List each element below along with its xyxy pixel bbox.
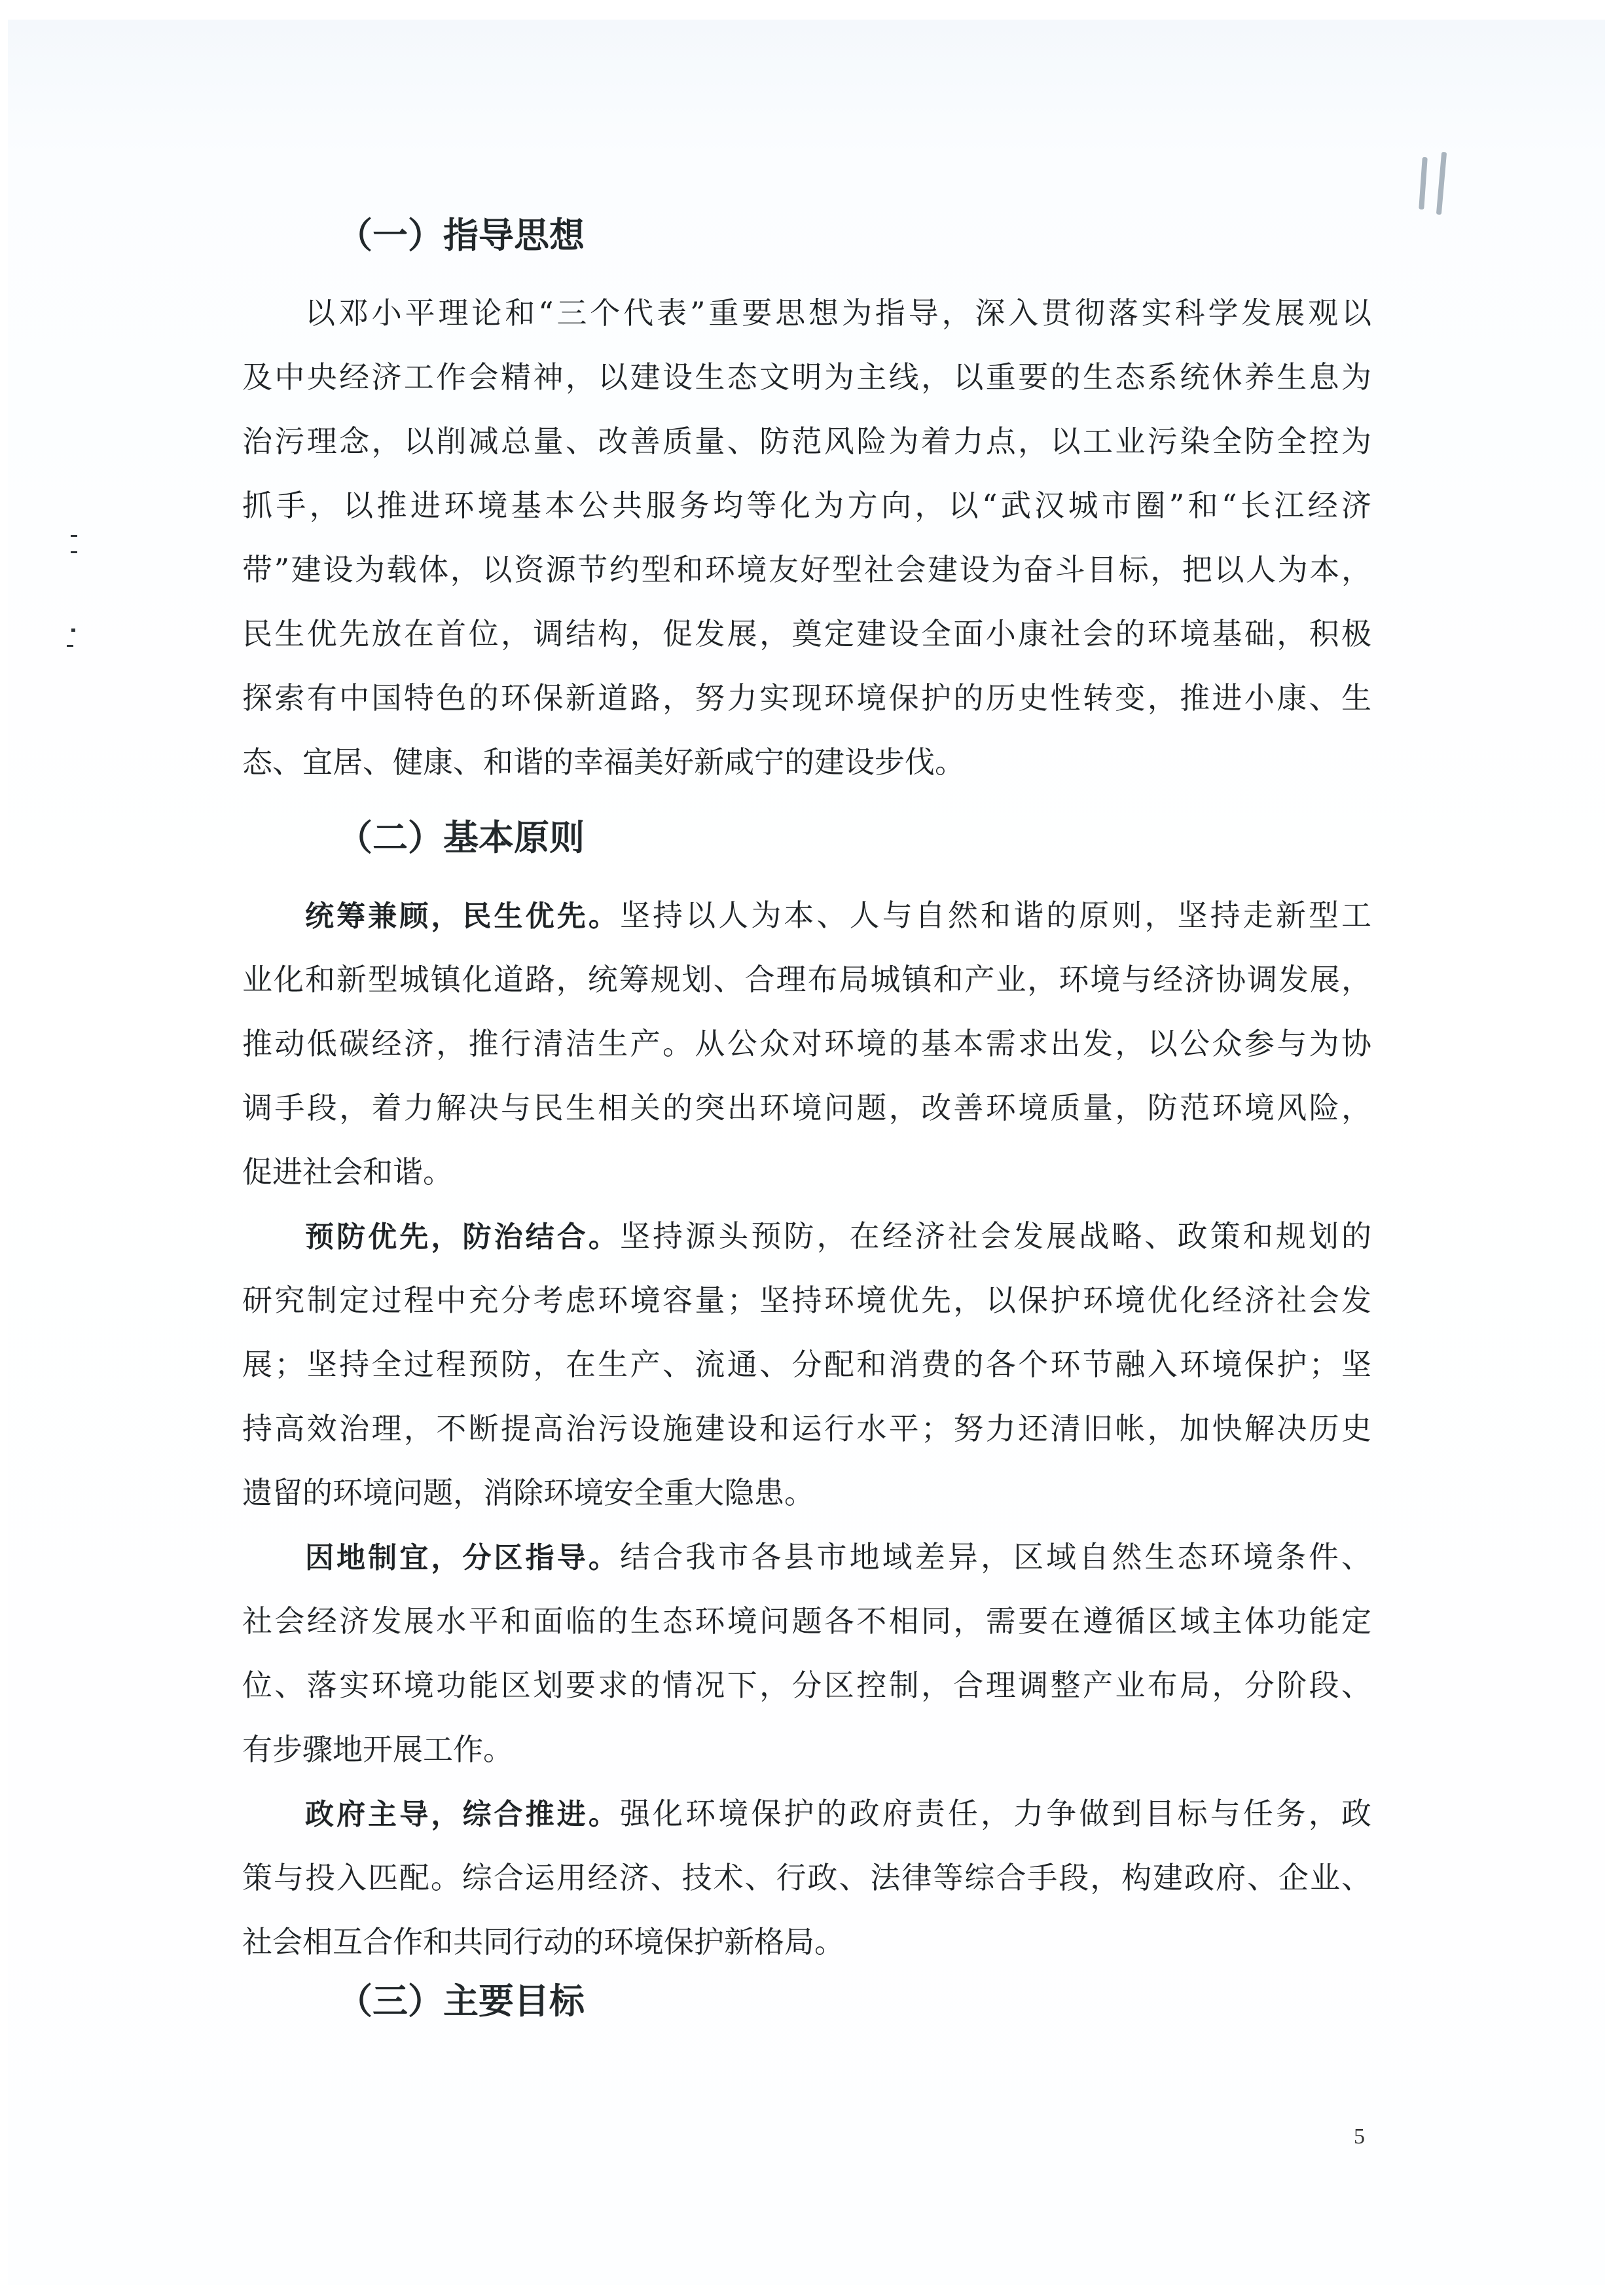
section-heading-guiding-ideology: （一）指导思想 [337,213,585,259]
principle-text: 强化环境保护的政府责任，力争做到目标与任务，政 [620,1796,1371,1831]
margin-speck [71,551,77,553]
paragraph-line: 以邓小平理论和“三个代表”重要思想为指导，深入贯彻落实科学发展观以 [305,293,1371,333]
principle-lead: 统筹兼顾，民生优先。 [305,900,620,933]
paragraph-line: 治污理念，以削减总量、改善质量、防范风险为着力点，以工业污染全防全控为 [242,422,1371,461]
margin-speck [67,645,73,647]
principle-lead: 因地制宜，分区指导。 [305,1541,620,1575]
paragraph-line: 社会经济发展水平和面临的生态环境问题各不相同，需要在遵循区域主体功能定 [242,1601,1371,1641]
paragraph-line: 带”建设为载体，以资源节约型和环境友好型社会建设为奋斗目标，把以人为本， [242,550,1371,589]
paragraph-line: 民生优先放在首位，调结构，促发展，奠定建设全面小康社会的环境基础，积极 [242,614,1371,653]
principle-lead: 预防优先，防治结合。 [305,1220,620,1254]
paragraph-line: 推动低碳经济，推行清洁生产。从公众对环境的基本需求出发，以公众参与为协 [242,1024,1371,1063]
section-heading-main-goals: （三）主要目标 [337,1978,585,2024]
paragraph-line: 研究制定过程中充分考虑环境容量；坚持环境优先，以保护环境优化经济社会发 [242,1281,1371,1320]
paragraph-line: 促进社会和谐。 [242,1152,1371,1192]
paragraph-line: 态、宜居、健康、和谐的幸福美好新咸宁的建设步伐。 [242,742,1371,782]
paragraph-line: 及中央经济工作会精神，以建设生态文明为主线，以重要的生态系统休养生息为 [242,357,1371,397]
paragraph-line: 抓手，以推进环境基本公共服务均等化为方向，以“武汉城市圈”和“长江经济 [242,486,1371,525]
principle-text: 坚持源头预防，在经济社会发展战略、政策和规划的 [620,1218,1371,1254]
principle-lead: 政府主导，综合推进。 [305,1798,620,1831]
principle-text: 结合我市各县市地域差异，区域自然生态环境条件、 [620,1539,1371,1575]
principle-line: 预防优先，防治结合。坚持源头预防，在经济社会发展战略、政策和规划的 [305,1216,1371,1256]
margin-speck [71,629,75,632]
paragraph-line: 调手段，着力解决与民生相关的突出环境问题，改善环境质量，防范环境风险， [242,1088,1371,1127]
paragraph-line: 位、落实环境功能区划要求的情况下，分区控制，合理调整产业布局，分阶段、 [242,1666,1371,1705]
paragraph-line: 有步骤地开展工作。 [242,1730,1371,1769]
principle-text: 坚持以人为本、人与自然和谐的原则，坚持走新型工 [620,898,1371,933]
section-heading-basic-principles: （二）基本原则 [337,815,585,861]
page-number: 5 [1354,2124,1365,2149]
paragraph-line: 社会相互合作和共同行动的环境保护新格局。 [242,1922,1371,1961]
principle-line: 政府主导，综合推进。强化环境保护的政府责任，力争做到目标与任务，政 [305,1794,1371,1833]
principle-line: 因地制宜，分区指导。结合我市各县市地域差异，区域自然生态环境条件、 [305,1537,1371,1576]
paragraph-line: 遗留的环境问题，消除环境安全重大隐患。 [242,1473,1371,1512]
paragraph-line: 持高效治理，不断提高治污设施建设和运行水平；努力还清旧帐，加快解决历史 [242,1409,1371,1448]
margin-speck [71,535,77,537]
document-page: （一）指导思想 以邓小平理论和“三个代表”重要思想为指导，深入贯彻落实科学发展观… [0,0,1613,2296]
principle-line: 统筹兼顾，民生优先。坚持以人为本、人与自然和谐的原则，坚持走新型工 [305,896,1371,935]
paragraph-line: 探索有中国特色的环保新道路，努力实现环境保护的历史性转变，推进小康、生 [242,678,1371,718]
paragraph-line: 展；坚持全过程预防，在生产、流通、分配和消费的各个环节融入环境保护；坚 [242,1345,1371,1384]
paragraph-line: 业化和新型城镇化道路，统筹规划、合理布局城镇和产业，环境与经济协调发展， [242,960,1371,999]
pencil-annotation-mark [1414,157,1460,223]
paragraph-line: 策与投入匹配。综合运用经济、技术、行政、法律等综合手段，构建政府、企业、 [242,1858,1371,1897]
